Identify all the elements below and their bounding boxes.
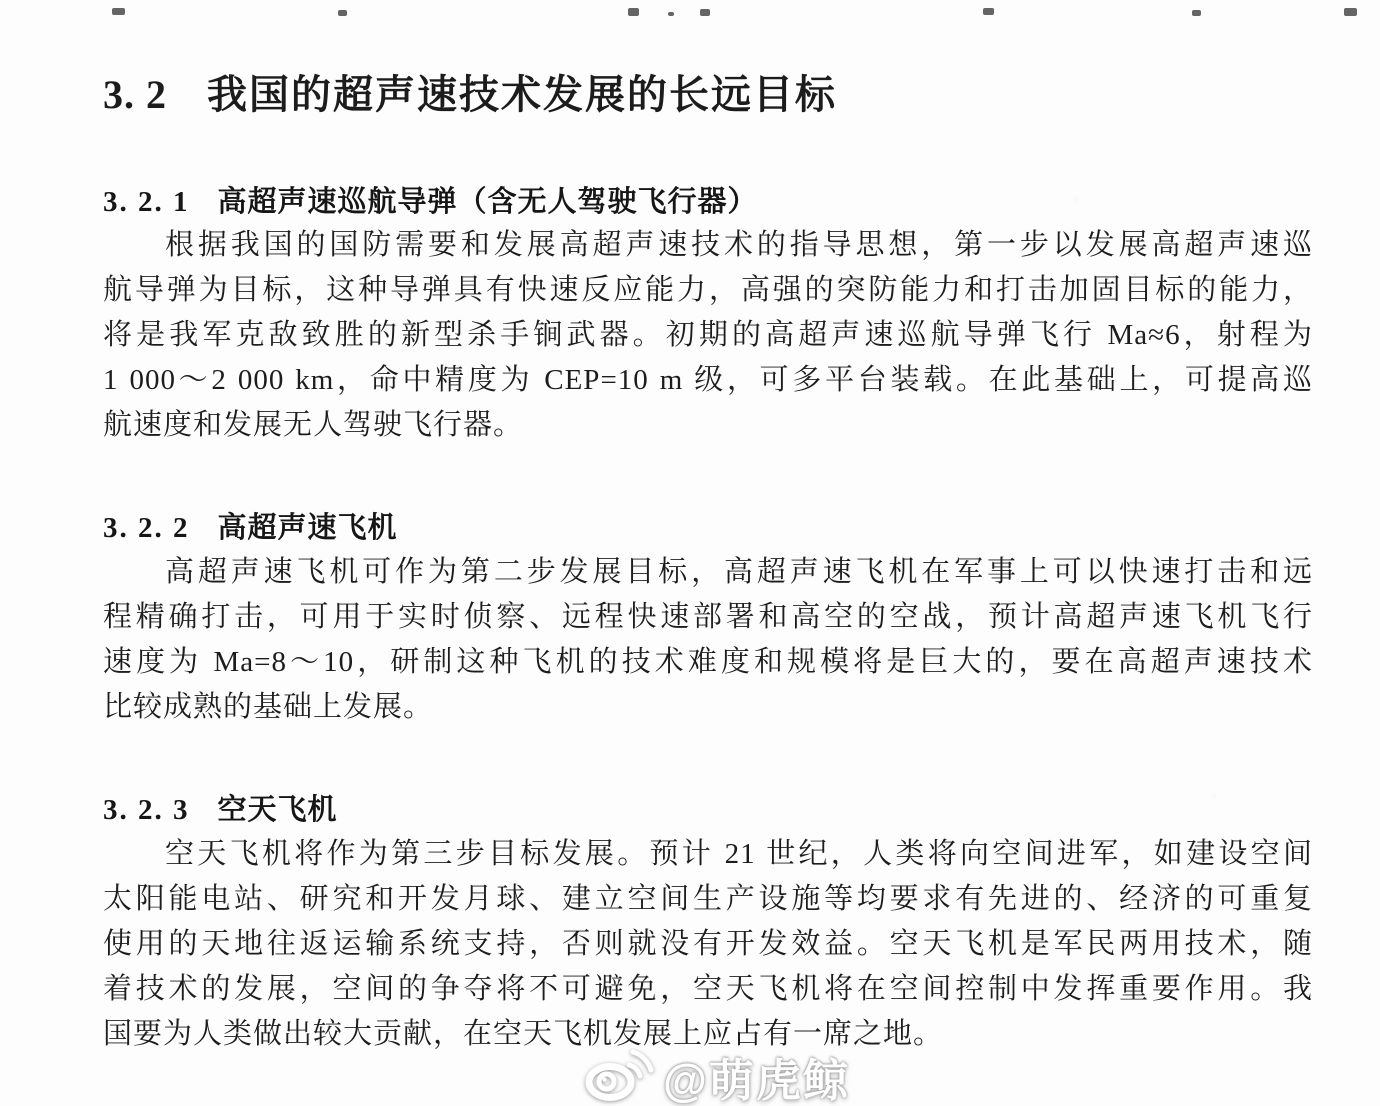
watermark-text: @萌虎鲸 [663, 1044, 850, 1106]
body-line: 使用的天地往返运输系统支持，否则就没有开发效益。空天飞机是军民两用技术，随 [103, 922, 1313, 967]
watermark: @萌虎鲸 [583, 1044, 850, 1106]
paragraph-322: 高超声速飞机可作为第二步发展目标，高超声速飞机在军事上可以快速打击和远 程精确打… [103, 550, 1313, 730]
subsection-number: 3. 2. 3 [103, 794, 190, 826]
subsection-heading-323: 3. 2. 3空天飞机 [103, 790, 338, 830]
body-line: 1 000～2 000 km，命中精度为 CEP=10 m 级，可多平台装载。在… [103, 358, 1313, 403]
glyph-fragment [700, 9, 710, 16]
glyph-fragment [668, 12, 674, 16]
body-line: 高超声速飞机可作为第二步发展目标，高超声速飞机在军事上可以快速打击和远 [103, 550, 1313, 595]
section-title: 我国的超声速技术发展的长远目标 [207, 72, 837, 117]
glyph-fragment [338, 10, 347, 16]
body-line: 太阳能电站、研究和开发月球、建立空间生产设施等均要求有先进的、经济的可重复 [103, 877, 1313, 922]
scanned-document-page: 3. 2我国的超声速技术发展的长远目标 3. 2. 1高超声速巡航导弹（含无人驾… [0, 0, 1380, 1106]
body-line: 比较成熟的基础上发展。 [103, 685, 1313, 730]
cut-off-text-fragments [0, 0, 1380, 24]
body-line: 将是我军克敌致胜的新型杀手锏武器。初期的高超声速巡航导弹飞行 Ma≈6，射程为 [103, 313, 1313, 358]
paragraph-323: 空天飞机将作为第三步目标发展。预计 21 世纪，人类将向空间进军，如建设空间 太… [103, 832, 1313, 1057]
section-number: 3. 2 [103, 72, 167, 117]
section-heading: 3. 2我国的超声速技术发展的长远目标 [103, 67, 837, 123]
body-line: 根据我国的国防需要和发展高超声速技术的指导思想，第一步以发展高超声速巡 [103, 223, 1313, 268]
glyph-fragment [1344, 8, 1357, 16]
subsection-number: 3. 2. 1 [103, 186, 190, 218]
subsection-title: 空天飞机 [218, 794, 338, 826]
subsection-title: 高超声速飞机 [218, 512, 398, 544]
body-line: 着技术的发展，空间的争夺将不可避免，空天飞机将在空间控制中发挥重要作用。我 [103, 967, 1313, 1012]
body-line: 空天飞机将作为第三步目标发展。预计 21 世纪，人类将向空间进军，如建设空间 [103, 832, 1313, 877]
subsection-heading-321: 3. 2. 1高超声速巡航导弹（含无人驾驶飞行器） [103, 182, 758, 222]
glyph-fragment [112, 8, 125, 15]
body-line: 程精确打击，可用于实时侦察、远程快速部署和高空的空战，预计高超声速飞机飞行 [103, 595, 1313, 640]
subsection-heading-322: 3. 2. 2高超声速飞机 [103, 508, 398, 548]
subsection-title: 高超声速巡航导弹（含无人驾驶飞行器） [218, 186, 758, 218]
weibo-icon [583, 1045, 655, 1106]
body-line: 航速度和发展无人驾驶飞行器。 [103, 403, 1313, 448]
body-line: 航导弹为目标，这种导弹具有快速反应能力，高强的突防能力和打击加固目标的能力， [103, 268, 1313, 313]
glyph-fragment [628, 8, 639, 16]
glyph-fragment [983, 8, 994, 15]
subsection-number: 3. 2. 2 [103, 512, 190, 544]
body-line: 速度为 Ma=8～10，研制这种飞机的技术难度和规模将是巨大的，要在高超声速技术 [103, 640, 1313, 685]
paragraph-321: 根据我国的国防需要和发展高超声速技术的指导思想，第一步以发展高超声速巡 航导弹为… [103, 223, 1313, 448]
glyph-fragment [1192, 10, 1201, 16]
